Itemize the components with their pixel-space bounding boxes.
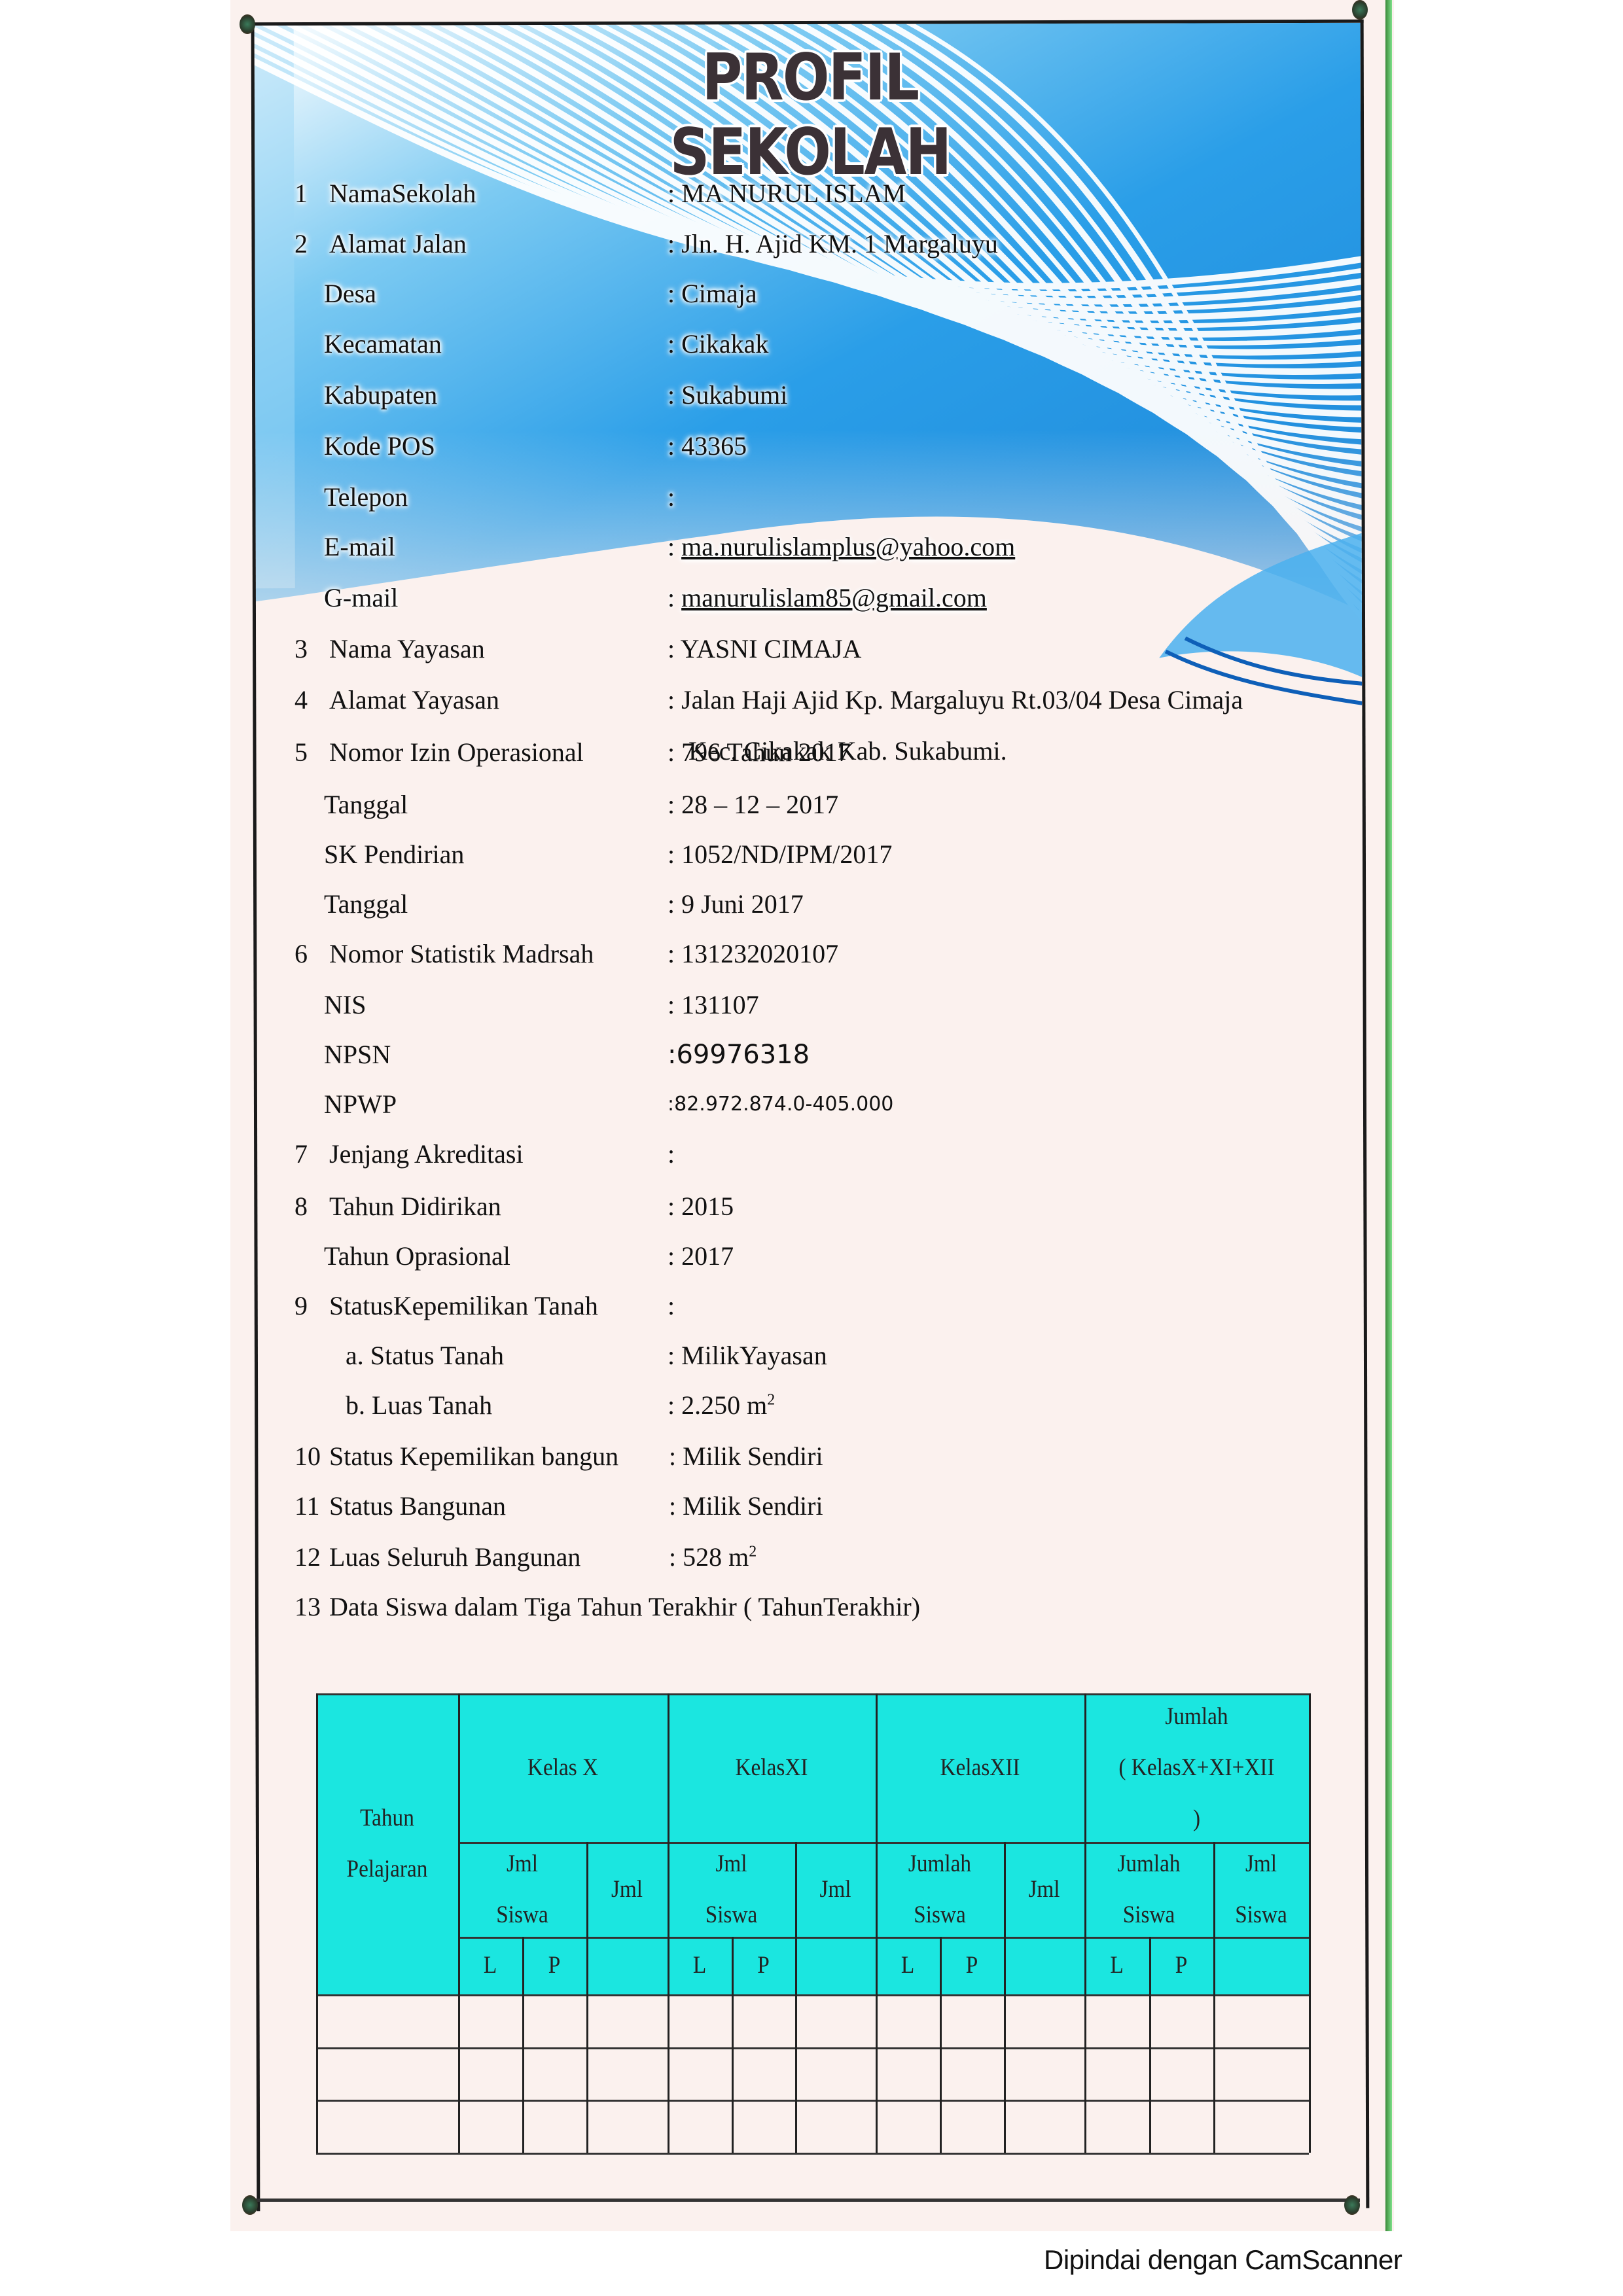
background-edge xyxy=(1385,0,1392,2231)
field-number: 6 xyxy=(294,934,308,974)
table-rule xyxy=(316,1693,318,2153)
class-group-header: KelasXI xyxy=(678,1742,865,1793)
field-label: Tahun Didirikan xyxy=(329,1187,501,1226)
student-data-table: TahunPelajaranKelas XJmlSiswaJmlLPKelasX… xyxy=(316,1693,1309,2153)
table-rule xyxy=(316,2153,1309,2155)
field-label: Tanggal xyxy=(324,785,408,824)
field-value: :82.972.874.0-405.000 xyxy=(668,1085,893,1124)
year-header: TahunPelajaran xyxy=(323,1793,451,1895)
field-value: : 528 m2 xyxy=(669,1538,757,1577)
field-label: SK Pendirian xyxy=(324,835,464,874)
field-value: : 2015 xyxy=(668,1187,734,1226)
field-label: Alamat Yayasan xyxy=(329,680,499,720)
field-value: : xyxy=(668,1135,675,1174)
field-label: Status Bangunan xyxy=(329,1487,506,1526)
field-value: : xyxy=(668,1286,675,1326)
jml-subheader: Jml xyxy=(1008,1864,1080,1915)
siswa-subheader: JmlSiswa xyxy=(674,1839,789,1941)
field-value: : Cikakak xyxy=(668,325,768,364)
field-number: 10 xyxy=(294,1437,321,1476)
table-rule xyxy=(316,1994,1309,1996)
table-rule xyxy=(732,1937,734,2153)
superscript: 2 xyxy=(749,1544,757,1561)
table-rule xyxy=(458,1693,460,2153)
field-label: Nomor Izin Operasional xyxy=(329,733,584,772)
field-label: Kode POS xyxy=(324,427,435,466)
frame-bottom-line xyxy=(254,2199,1360,2202)
field-value: : 2.250 m2 xyxy=(668,1386,775,1425)
gender-l-header: L xyxy=(879,1940,936,1991)
field-value: : 28 – 12 – 2017 xyxy=(668,785,838,824)
jml-subheader: Jml xyxy=(799,1864,872,1915)
field-number: 11 xyxy=(294,1487,320,1526)
jml-subheader: Jml xyxy=(590,1864,664,1915)
class-group-header: KelasXII xyxy=(886,1742,1074,1793)
email-link[interactable]: manurulislam85@gmail.com xyxy=(681,583,987,612)
gender-p-header: P xyxy=(735,1940,792,1991)
field-value: : 131107 xyxy=(668,985,759,1025)
field-label: StatusKepemilikan Tanah xyxy=(329,1286,598,1326)
table-rule xyxy=(795,1842,797,2153)
superscript: 2 xyxy=(767,1392,775,1409)
field-label: Data Siswa dalam Tiga Tahun Terakhir ( T… xyxy=(329,1587,920,1627)
table-rule xyxy=(1213,1842,1215,2153)
field-label: Jenjang Akreditasi xyxy=(329,1135,524,1174)
field-number: 7 xyxy=(294,1135,308,1174)
field-label: Luas Seluruh Bangunan xyxy=(329,1538,580,1577)
field-label: Kabupaten xyxy=(324,376,437,415)
field-label: Telepon xyxy=(324,478,408,517)
field-label: NPWP xyxy=(324,1085,397,1124)
field-number: 12 xyxy=(294,1538,321,1577)
table-rule xyxy=(1004,1842,1006,2153)
field-value: : 1052/ND/IPM/2017 xyxy=(668,835,892,874)
field-value: : Cimaja xyxy=(668,274,757,313)
field-number: 4 xyxy=(294,680,308,720)
field-label: NIS xyxy=(324,985,366,1025)
field-number: 13 xyxy=(294,1587,321,1627)
field-number: 2 xyxy=(294,224,308,264)
field-label: Kecamatan xyxy=(324,325,442,364)
field-label: Status Kepemilikan bangun xyxy=(329,1437,618,1476)
field-value: : MA NURUL ISLAM xyxy=(668,174,906,213)
field-label: Tahun Oprasional xyxy=(324,1237,510,1276)
gender-p-header: P xyxy=(1152,1940,1210,1991)
table-rule xyxy=(522,1937,524,2153)
table-rule xyxy=(316,2047,1309,2049)
field-label: Nama Yayasan xyxy=(329,629,485,669)
gender-l-header: L xyxy=(671,1940,728,1991)
table-rule xyxy=(316,2100,1309,2102)
field-value: : 9 Juni 2017 xyxy=(668,885,804,924)
field-number: 8 xyxy=(294,1187,308,1226)
class-group-header: Jumlah( KelasX+XI+XII) xyxy=(1096,1691,1298,1845)
rivet-icon xyxy=(242,2195,258,2215)
field-label: b. Luas Tanah xyxy=(346,1386,492,1425)
field-value: : 2017 xyxy=(668,1237,734,1276)
siswa-subheader: JmlSiswa xyxy=(465,1839,580,1941)
field-value: : 796 Tahun 2017 xyxy=(668,733,851,772)
table-rule xyxy=(586,1842,588,2153)
gender-l-header: L xyxy=(461,1940,519,1991)
field-value: :69976318 xyxy=(668,1035,810,1074)
field-label: E-mail xyxy=(324,527,395,567)
rivet-icon xyxy=(1344,2195,1360,2215)
page-title: PROFIL SEKOLAH xyxy=(596,41,1024,190)
field-label: a. Status Tanah xyxy=(346,1336,504,1375)
field-label: Alamat Jalan xyxy=(329,224,467,264)
gender-p-header: P xyxy=(943,1940,1001,1991)
siswa-subheader: JumlahSiswa xyxy=(882,1839,997,1941)
field-value: : YASNI CIMAJA xyxy=(668,629,861,669)
field-label: Nomor Statistik Madrsah xyxy=(329,934,594,974)
field-number: 5 xyxy=(294,733,308,772)
field-value: : Sukabumi xyxy=(668,376,787,415)
field-number: 3 xyxy=(294,629,308,669)
gender-l-header: L xyxy=(1088,1940,1146,1991)
table-rule xyxy=(1084,1693,1086,2153)
siswa-subheader: JumlahSiswa xyxy=(1091,1839,1207,1941)
class-group-header: Kelas X xyxy=(469,1742,657,1793)
field-label: Tanggal xyxy=(324,885,408,924)
field-value: : Jalan Haji Ajid Kp. Margaluyu Rt.03/04… xyxy=(668,680,1243,720)
table-rule xyxy=(876,1693,878,2153)
field-value: : Milik Sendiri xyxy=(669,1437,823,1476)
rivet-icon xyxy=(1352,0,1368,20)
field-value: : ma.nurulislamplus@yahoo.com xyxy=(668,527,1015,567)
field-number: 9 xyxy=(294,1286,308,1326)
jml-subheader: JmlSiswa xyxy=(1218,1839,1304,1941)
field-value: : xyxy=(668,478,675,517)
rivet-icon xyxy=(240,14,255,34)
gender-p-header: P xyxy=(526,1940,583,1991)
field-value: : 131232020107 xyxy=(668,934,838,974)
email-link[interactable]: ma.nurulislamplus@yahoo.com xyxy=(681,532,1015,561)
field-label: Desa xyxy=(324,274,376,313)
table-rule xyxy=(940,1937,942,2153)
table-rule xyxy=(668,1693,669,2153)
field-label: NamaSekolah xyxy=(329,174,476,213)
field-value: : Milik Sendiri xyxy=(669,1487,823,1526)
field-label: G-mail xyxy=(324,578,398,618)
field-label: NPSN xyxy=(324,1035,391,1074)
field-number: 1 xyxy=(294,174,308,213)
field-value: : MilikYayasan xyxy=(668,1336,827,1375)
field-value: : manurulislam85@gmail.com xyxy=(668,578,987,618)
scanner-watermark: Dipindai dengan CamScanner xyxy=(1044,2244,1402,2276)
field-value: : 43365 xyxy=(668,427,747,466)
field-value: : Jln. H. Ajid KM. 1 Margaluyu xyxy=(668,224,998,264)
table-rule xyxy=(1309,1693,1311,2153)
table-rule xyxy=(1149,1937,1151,2153)
